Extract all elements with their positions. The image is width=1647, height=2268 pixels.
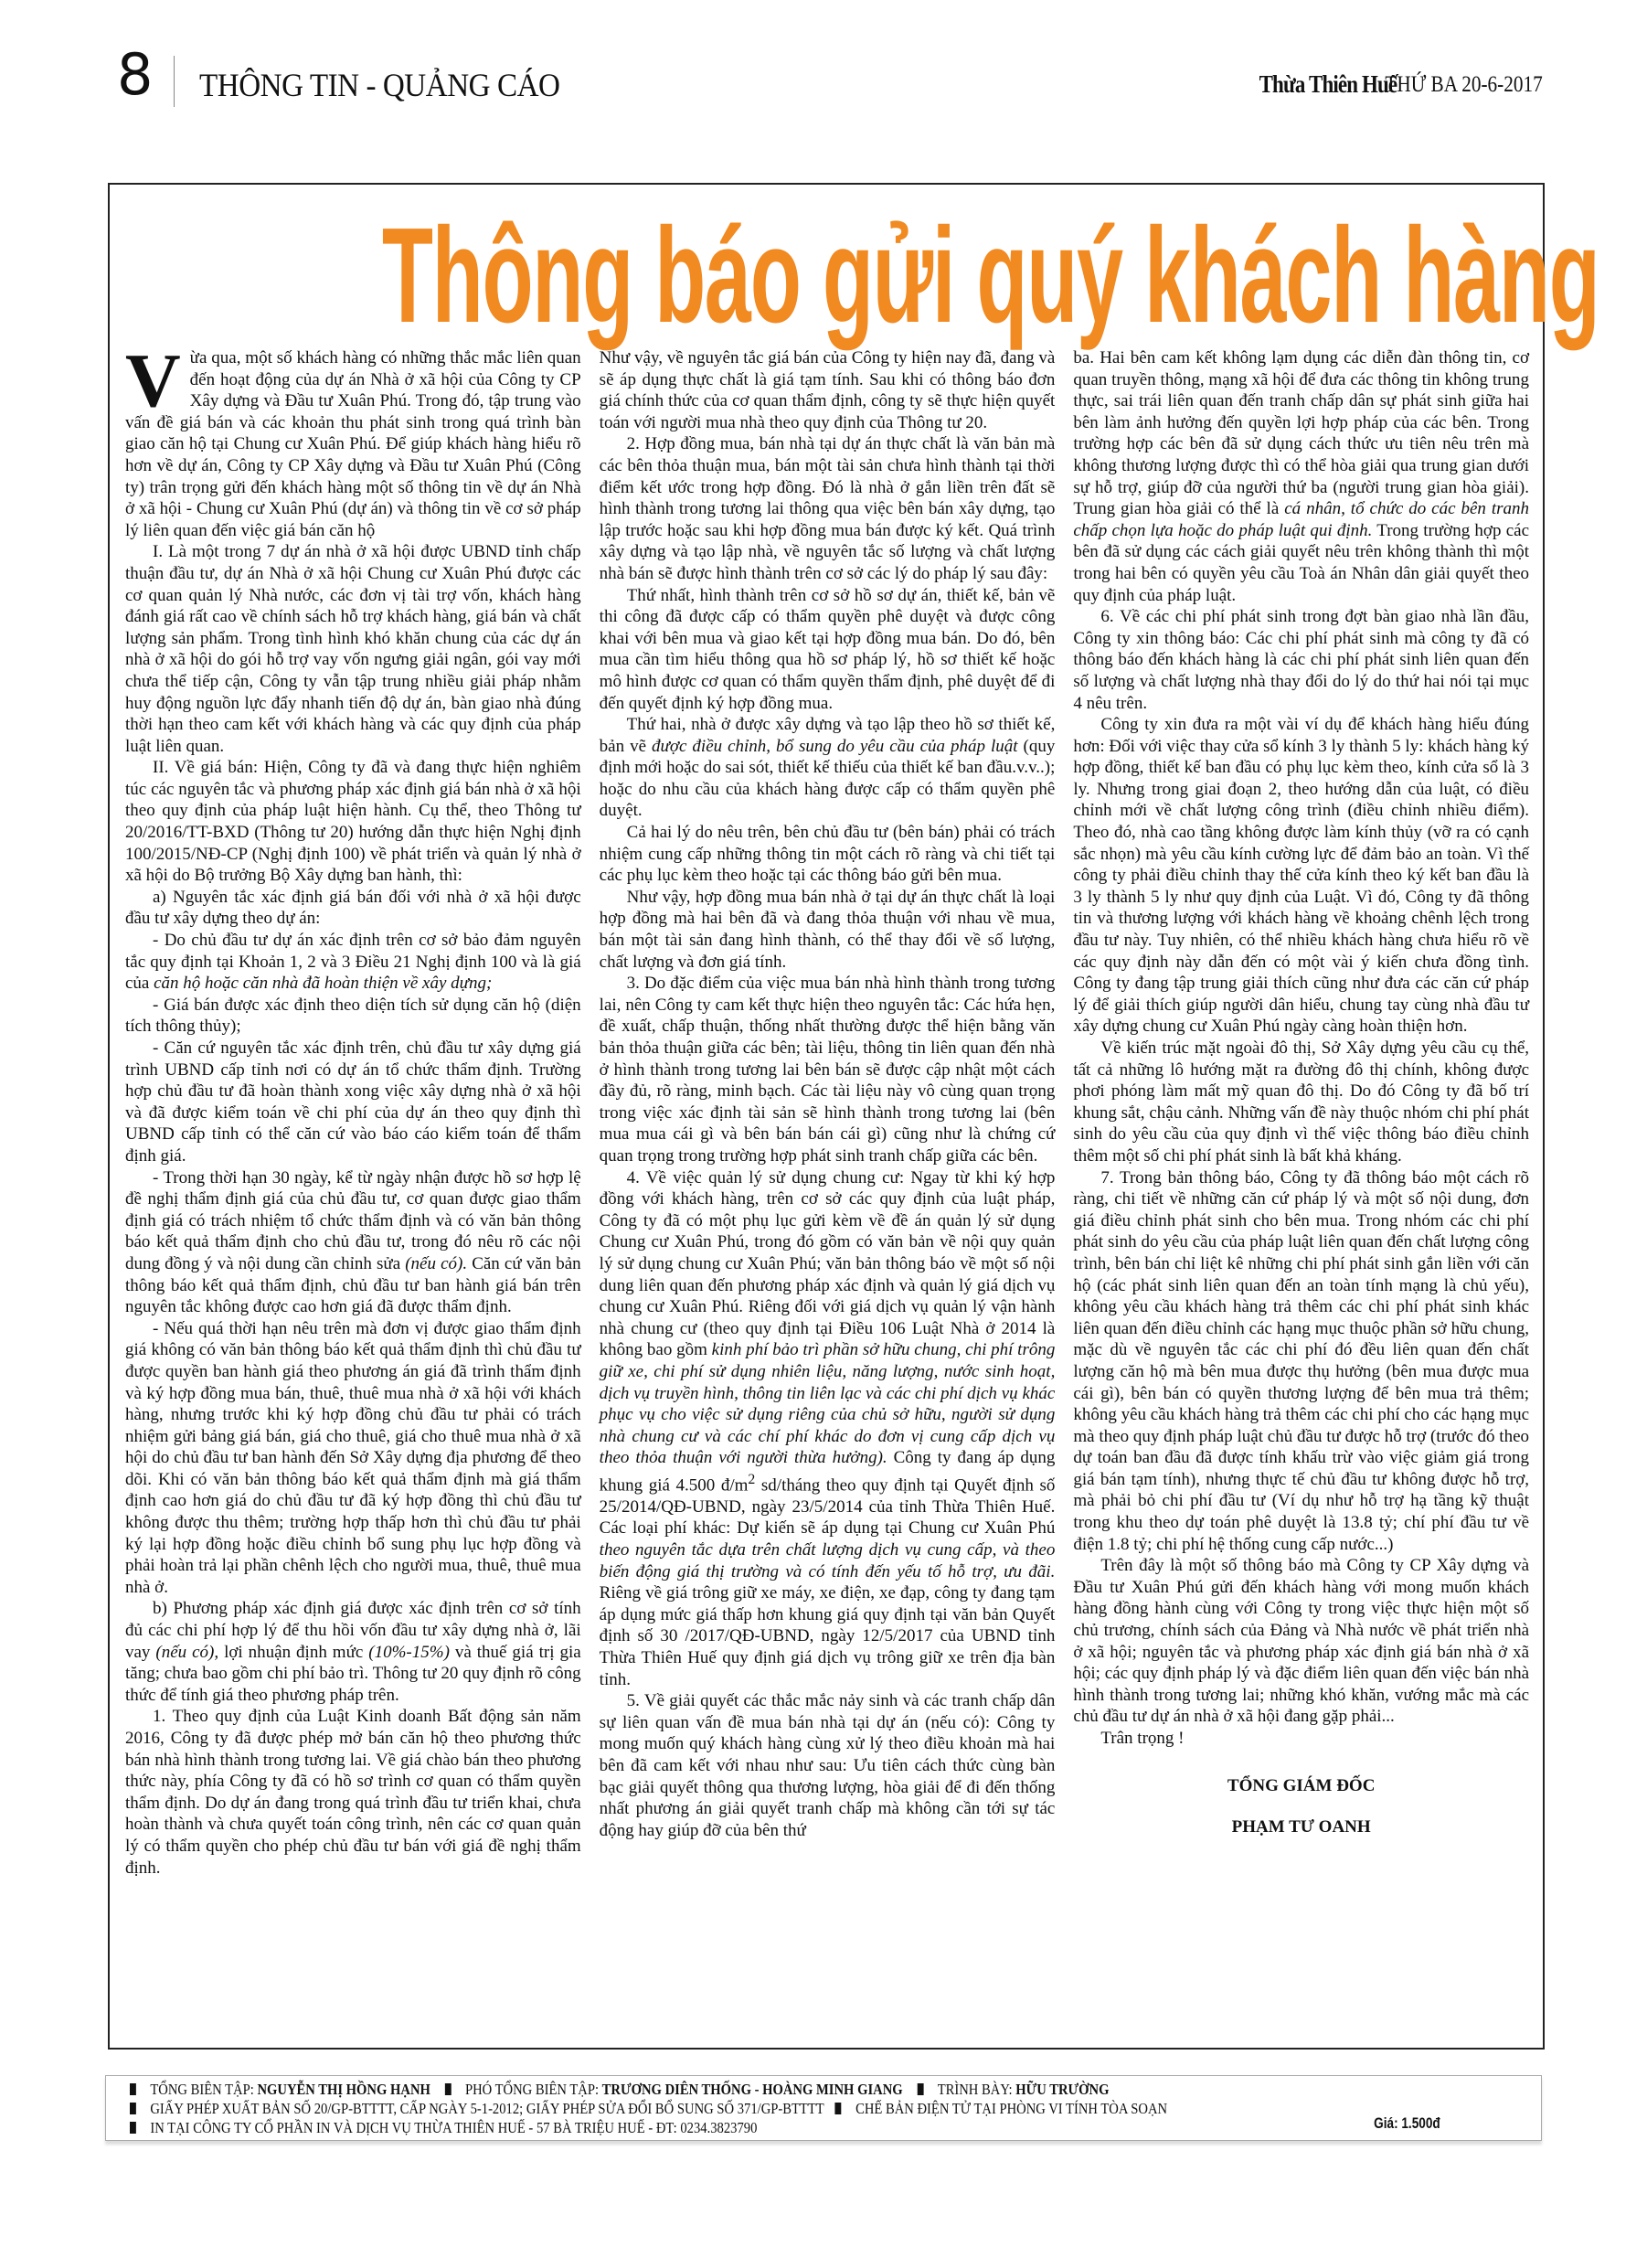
paragraph: Như vậy, về nguyên tắc giá bán của Công … <box>600 347 1056 433</box>
paragraph: 7. Trong bản thông báo, Công ty đã thông… <box>1073 1167 1529 1556</box>
signatory-title: TỔNG GIÁM ĐỐC <box>1073 1775 1529 1797</box>
square-bullet-icon <box>130 2083 136 2095</box>
square-bullet-icon <box>835 2103 842 2114</box>
paragraph: 1. Theo quy định của Luật Kinh doanh Bất… <box>125 1706 581 1879</box>
paragraph: - Trong thời hạn 30 ngày, kể từ ngày nhậ… <box>125 1167 581 1318</box>
signature-block: TỔNG GIÁM ĐỐC PHẠM TƯ OANH <box>1073 1775 1529 1838</box>
paragraph: 5. Về giải quyết các thắc mắc nảy sinh v… <box>600 1690 1056 1841</box>
paragraph: - Căn cứ nguyên tắc xác định trên, chủ đ… <box>125 1038 581 1167</box>
imprint-footer: TỔNG BIÊN TẬP: NGUYỄN THỊ HỒNG HẠNH PHÓ … <box>105 2075 1542 2141</box>
page-header: 8 THÔNG TIN - QUẢNG CÁO Thừa Thiên Huế T… <box>108 50 1543 105</box>
paragraph: - Do chủ đầu tư dự án xác định trên cơ s… <box>125 930 581 995</box>
paragraph: II. Về giá bán: Hiện, Công ty đã và đang… <box>125 757 581 887</box>
paragraph: ba. Hai bên cam kết không lạm dụng các d… <box>1073 347 1529 606</box>
footer-license-line: GIẤY PHÉP XUẤT BẢN SỐ 20/GP-BTTTT, CẤP N… <box>130 2099 1344 2118</box>
square-bullet-icon <box>130 2103 136 2114</box>
paragraph: - Giá bán được xác định theo diện tích s… <box>125 995 581 1038</box>
paragraph: Thứ nhất, hình thành trên cơ sở hồ sơ dự… <box>600 585 1056 715</box>
article-column-2: Như vậy, về nguyên tắc giá bán của Công … <box>600 347 1056 2039</box>
paragraph: - Nếu quá thời hạn nêu trên mà đơn vị đư… <box>125 1318 581 1599</box>
paragraph: Trên đây là một số thông báo mà Công ty … <box>1073 1555 1529 1728</box>
paragraph: 3. Do đặc điểm của việc mua bán nhà hình… <box>600 973 1056 1166</box>
section-title: THÔNG TIN - QUẢNG CÁO <box>199 67 559 103</box>
paragraph: 2. Hợp đồng mua, bán nhà tại dự án thực … <box>600 433 1056 584</box>
square-bullet-icon <box>917 2083 923 2095</box>
paragraph: Như vậy, hợp đồng mua bán nhà ở tại dự á… <box>600 887 1056 973</box>
article-column-3: ba. Hai bên cam kết không lạm dụng các d… <box>1073 347 1529 2039</box>
price-label: Giá: 1.500đ <box>1374 2114 1440 2133</box>
paragraph: Cả hai lý do nêu trên, bên chủ đầu tư (b… <box>600 822 1056 887</box>
announcement-box: Thông báo gửi quý khách hàng Vừa qua, mộ… <box>108 183 1545 2050</box>
page-number: 8 <box>117 47 153 103</box>
paragraph: I. Là một trong 7 dự án nhà ở xã hội đượ… <box>125 541 581 757</box>
article-column-1: Vừa qua, một số khách hàng có những thắc… <box>125 347 581 2039</box>
paragraph: 4. Về việc quản lý sử dụng chung cư: Nga… <box>600 1167 1056 1691</box>
paragraph: 6. Về các chi phí phát sinh trong đợt bà… <box>1073 606 1529 714</box>
issue-date: THỨ BA 20-6-2017 <box>1386 72 1543 98</box>
paragraph: a) Nguyên tắc xác định giá bán đối với n… <box>125 887 581 930</box>
newspaper-masthead: Thừa Thiên Huế <box>1259 70 1397 99</box>
signatory-name: PHẠM TƯ OANH <box>1073 1816 1529 1838</box>
square-bullet-icon <box>445 2083 452 2095</box>
paragraph: Thứ hai, nhà ở được xây dựng và tạo lập … <box>600 714 1056 822</box>
paragraph: Về kiến trúc mặt ngoài đô thị, Sở Xây dự… <box>1073 1038 1529 1167</box>
closing-greeting: Trân trọng ! <box>1073 1728 1529 1750</box>
article-columns: Vừa qua, một số khách hàng có những thắc… <box>125 347 1529 2039</box>
paragraph: Công ty xin đưa ra một vài ví dụ để khác… <box>1073 714 1529 1038</box>
paragraph: Vừa qua, một số khách hàng có những thắc… <box>125 347 581 541</box>
header-divider <box>174 56 175 107</box>
headline: Thông báo gửi quý khách hàng <box>382 203 1270 349</box>
paragraph: b) Phương pháp xác định giá được xác địn… <box>125 1598 581 1706</box>
footer-printer-line: IN TẠI CÔNG TY CỔ PHẦN IN VÀ DỊCH VỤ THỪ… <box>130 2118 1344 2137</box>
square-bullet-icon <box>130 2122 136 2134</box>
drop-cap: V <box>125 351 181 411</box>
footer-editors-line: TỔNG BIÊN TẬP: NGUYỄN THỊ HỒNG HẠNH PHÓ … <box>130 2080 1344 2099</box>
